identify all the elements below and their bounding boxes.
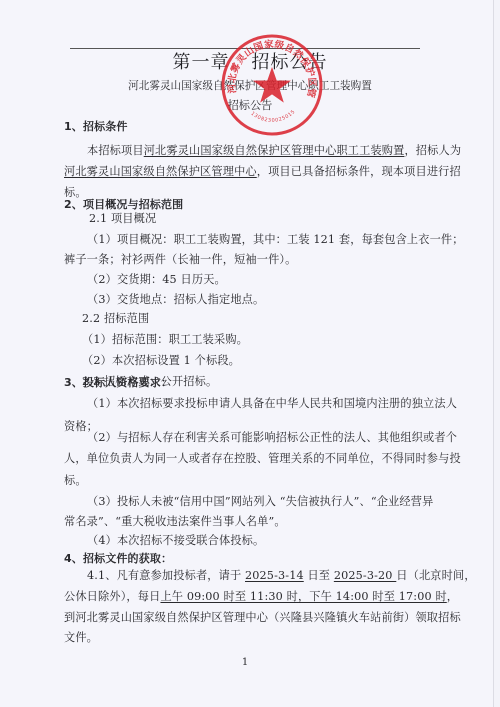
text: ， — [447, 590, 458, 603]
section1-heading: 1、招标条件 — [64, 120, 128, 134]
acquisition-line1: 4.1、凡有意参加投标者，请于 2025-3-14 日至 2025-3-20 日… — [87, 569, 476, 583]
project-subtitle: 河北雾灵山国家级自然保护区管理中心职工工装购置 — [0, 79, 500, 93]
acquisition-line4: 文件。 — [64, 631, 98, 645]
scope-item2: （2）本次招标设置 1 个标段。 — [82, 354, 240, 368]
section1-paragraph-line2: 河北雾灵山国家级自然保护区管理中心，项目已具备招标条件，现本项目进行招 — [64, 165, 461, 179]
daily-hours: 上午 09:00 时至 11:30 时，下午 14:00 时至 17:00 时 — [160, 590, 446, 603]
section2-2-heading: 2.2 招标范围 — [82, 312, 149, 326]
chapter-title: 第一章招标公告 — [0, 52, 500, 74]
text: ，项目已具备招标条件，现本项目进行招 — [257, 165, 461, 178]
overview-item3: （3）交货地点：招标人指定地点。 — [87, 293, 264, 307]
section3-heading: 3、投标人资格要求： — [64, 376, 172, 390]
document-page: 第一章招标公告 河北雾灵山国家级自然保护区管理中心职工工装购置 招标公告 1、招… — [0, 0, 494, 707]
text: 公休日除外），每日 — [64, 590, 160, 603]
requirement3-line1: （3）投标人未被“信用中国”网站列入 “失信被执行人”、“企业经营异 — [87, 495, 433, 509]
chapter-number: 第一章 — [173, 52, 230, 73]
tenderer-name-underlined: 河北雾灵山国家级自然保护区管理中心 — [64, 165, 257, 178]
chapter-name: 招标公告 — [252, 52, 328, 73]
section2-1-heading: 2.1 项目概况 — [89, 212, 156, 226]
text: 4.1、凡有意参加投标者，请于 — [87, 569, 245, 582]
acquisition-line2: 公休日除外），每日上午 09:00 时至 11:30 时，下午 14:00 时至… — [64, 590, 458, 604]
overview-item2: （2）交货期：45 日历天。 — [87, 273, 226, 287]
text: ，招标人为 — [404, 144, 461, 157]
section4-heading: 4、招标文件的获取： — [64, 552, 172, 566]
text: 本招标项目 — [87, 144, 144, 157]
requirement2-line2: 人，单位负责人为同一人或者存在控股、管理关系的不同单位，不得同时参与投 — [64, 452, 461, 466]
acquisition-line3: 到河北雾灵山国家级自然保护区管理中心（兴隆县兴隆镇火车站前街）领取招标 — [64, 611, 461, 625]
notice-subtitle: 招标公告 — [0, 99, 500, 113]
start-date: 2025-3-14 — [245, 569, 304, 582]
section2-heading: 2、项目概况与招标范围 — [64, 198, 183, 212]
requirement4: （4）本次招标不接受联合体投标。 — [87, 534, 264, 548]
overview-item1-line1: （1）项目概况：职工工装购置，其中：工装 121 套，每套包含上衣一件； — [87, 233, 464, 247]
text: 日（北京时间， — [396, 569, 475, 582]
overview-item1-line2: 裤子一条；衬衫两件（长袖一件，短袖一件）。 — [64, 253, 297, 267]
header-rule — [70, 48, 420, 49]
requirement2-line1: （2）与招标人存在利害关系可能影响招标公正性的法人、其他组织或者个 — [87, 431, 457, 445]
requirement3-line2: 常名录”、“重大税收违法案件当事人名单”。 — [64, 515, 286, 529]
project-name-underlined: 河北雾灵山国家级自然保护区管理中心职工工装购置 — [144, 144, 405, 157]
end-date: 2025-3-20 — [334, 569, 396, 582]
section1-paragraph-line1: 本招标项目河北雾灵山国家级自然保护区管理中心职工工装购置，招标人为 — [87, 144, 461, 158]
scope-item1: （1）招标范围：职工工装采购。 — [82, 333, 248, 347]
text: 日至 — [304, 569, 334, 582]
page-number: 1 — [240, 657, 250, 668]
requirement2-line3: 标。 — [64, 474, 87, 488]
requirement1-line1: （1）本次招标要求投标申请人具备在中华人民共和国境内注册的独立法人 — [87, 397, 457, 411]
